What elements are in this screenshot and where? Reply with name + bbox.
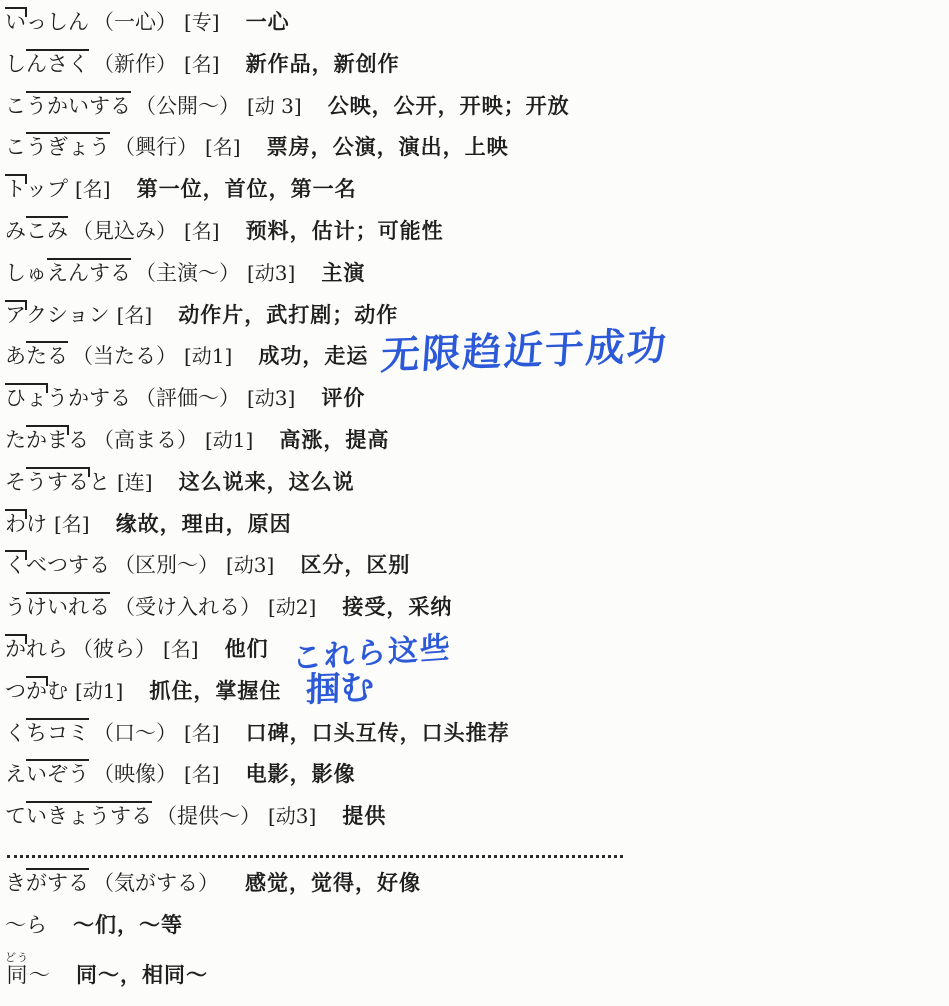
kana-segment: うする: [26, 467, 89, 496]
kana-segment: か: [5, 634, 26, 663]
vocab-entry: くちコミ（口～）[名]口碑，口头互传，口头推荐: [5, 717, 949, 759]
kana-segment: がする: [26, 868, 89, 897]
pos-tag: [名]: [205, 131, 241, 160]
kana-segment: べつする: [26, 550, 110, 579]
kanji-notation: （口～）: [93, 717, 177, 747]
kanji-notation: （区別～）: [114, 549, 219, 579]
meaning-text: 同～，相同～: [76, 959, 208, 989]
kana-segment: いきょうする: [26, 801, 152, 830]
handwritten-annotation-tsukamu-kanji: 掴む: [306, 660, 375, 711]
headword: そうすると: [5, 467, 110, 496]
kanji-notation: （提供～）: [156, 800, 261, 830]
kana-segment: うかする: [47, 383, 131, 412]
kanji-notation: （高まる）: [93, 424, 198, 454]
kana-segment: え: [5, 759, 26, 788]
scanned-vocab-page: いっしん（一心）[专]一心しんさく（新作）[名]新作品，新创作こうかいする（公開…: [0, 0, 949, 1006]
headword: つかむ: [5, 676, 68, 705]
kana-segment: っしん: [26, 7, 89, 36]
vocab-entry: 同どう～同～，相同～: [5, 951, 949, 993]
kana-segment: んさく: [26, 49, 89, 78]
vocab-entry: こうかいする（公開～）[动 3]公映，公开，开映；开放: [5, 90, 949, 132]
kana-segment: かま: [26, 425, 68, 454]
pos-tag: [名]: [184, 758, 220, 787]
meaning-text: 这么说来，这么说: [179, 466, 355, 496]
meaning-text: 票房，公演，演出，上映: [267, 131, 509, 161]
kana-segment: うぎょう: [26, 132, 110, 161]
headword: えいぞう: [5, 759, 89, 788]
pos-tag: [名]: [117, 299, 153, 328]
pos-tag: [动 3]: [247, 90, 302, 119]
vocab-entry: くべつする（区別～）[动3]区分，区别: [5, 549, 949, 591]
headword: かれら: [5, 634, 68, 663]
headword: くべつする: [5, 550, 110, 579]
headword-ruby: 同どう: [5, 963, 29, 987]
meaning-text: 接受，采纳: [342, 591, 452, 621]
headword: きがする: [5, 868, 89, 897]
meaning-text: 高涨，提高: [279, 424, 389, 454]
pos-tag: [专]: [184, 6, 220, 35]
pos-tag: [动3]: [247, 257, 295, 286]
headword: しゅえんする: [5, 258, 131, 287]
meaning-text: 公映，公开，开映；开放: [328, 90, 570, 120]
supplementary-list: きがする（気がする）感觉，觉得，好像～ら～们，～等同どう～同～，相同～: [5, 867, 949, 992]
kana-segment: て: [5, 801, 26, 830]
kana-segment: く: [5, 718, 26, 747]
kana-segment: しゅ: [5, 258, 47, 287]
kana-segment: し: [5, 49, 26, 78]
vocab-entry: しゅえんする（主演～）[动3]主演: [5, 257, 949, 299]
kanji-notation: （公開～）: [135, 90, 240, 120]
kana-segment: こみ: [26, 216, 68, 245]
kanji-notation: （気がする）: [93, 867, 219, 897]
pos-tag: [动1]: [184, 340, 232, 369]
kana-segment: ア: [5, 300, 26, 329]
kana-segment: と: [89, 467, 110, 496]
meaning-text: 缘故，理由，原因: [116, 508, 292, 538]
vocab-entry: つかむ[动1]抓住，掌握住: [5, 675, 949, 717]
headword: こうぎょう: [5, 132, 110, 161]
kana-segment: ト: [5, 174, 26, 203]
kanji-notation: （興行）: [114, 131, 198, 161]
headword: たかまる: [5, 425, 89, 454]
kana-segment: あ: [5, 341, 26, 370]
dotted-separator: [7, 855, 623, 858]
meaning-text: 口碑，口头互传，口头推荐: [246, 717, 510, 747]
kana-segment: く: [5, 550, 26, 579]
kana-segment: ～: [29, 960, 50, 989]
kanji-notation: （彼ら）: [72, 633, 156, 663]
vocab-entry: たかまる（高まる）[动1]高涨，提高: [5, 424, 949, 466]
kana-segment: こ: [5, 132, 26, 161]
kana-segment: ップ: [26, 174, 68, 203]
headword: みこみ: [5, 216, 68, 245]
pos-tag: [动1]: [75, 675, 123, 704]
vocab-entry: ひょうかする（評価～）[动3]评价: [5, 382, 949, 424]
vocab-entry: きがする（気がする）感觉，觉得，好像: [5, 867, 949, 909]
kanji-notation: （見込み）: [72, 215, 177, 245]
pos-tag: [名]: [163, 633, 199, 662]
headword: こうかいする: [5, 91, 131, 120]
pos-tag: [动3]: [247, 382, 295, 411]
headword: いっしん: [5, 7, 89, 36]
headword: アクション: [5, 300, 110, 329]
kanji-notation: （受け入れる）: [114, 591, 261, 621]
kana-segment: け: [26, 509, 47, 538]
meaning-text: 动作片，武打剧；动作: [178, 299, 398, 329]
meaning-text: 新作品，新创作: [246, 48, 400, 78]
meaning-text: 他们: [225, 633, 269, 663]
kana-segment: こ: [5, 91, 26, 120]
kana-segment: つ: [5, 676, 26, 705]
pos-tag: [动1]: [205, 424, 253, 453]
pos-tag: [动3]: [226, 549, 274, 578]
kana-segment: れら: [26, 634, 68, 663]
kanji-notation: （一心）: [93, 6, 177, 36]
headword: しんさく: [5, 49, 89, 78]
vocab-entry: トップ[名]第一位，首位，第一名: [5, 173, 949, 215]
headword: トップ: [5, 174, 68, 203]
vocab-entry: しんさく（新作）[名]新作品，新创作: [5, 48, 949, 90]
vocab-entry: みこみ（見込み）[名]预料，估计；可能性: [5, 215, 949, 257]
vocab-entry: かれら（彼ら）[名]他们: [5, 633, 949, 675]
headword: ～ら: [5, 910, 47, 939]
kana-segment: る: [68, 425, 89, 454]
kana-segment: き: [5, 868, 26, 897]
vocab-entry: わけ[名]缘故，理由，原因: [5, 508, 949, 550]
meaning-text: 区分，区别: [300, 549, 410, 579]
kana-segment: み: [5, 216, 26, 245]
pos-tag: [动3]: [268, 800, 316, 829]
kana-segment: ～ら: [5, 910, 47, 939]
headword: ていきょうする: [5, 801, 152, 830]
pos-tag: [名]: [75, 173, 111, 202]
vocab-entry: いっしん（一心）[专]一心: [5, 6, 949, 48]
vocab-entry: えいぞう（映像）[名]电影，影像: [5, 758, 949, 800]
headword: ひょうかする: [5, 383, 131, 412]
kana-segment: う: [5, 592, 26, 621]
kana-segment: クション: [26, 300, 110, 329]
kana-segment: む: [47, 676, 68, 705]
pos-tag: [动2]: [268, 591, 316, 620]
vocab-entry: ていきょうする（提供～）[动3]提供: [5, 800, 949, 842]
kana-segment: い: [5, 7, 26, 36]
pos-tag: [连]: [117, 466, 153, 495]
vocab-entry: うけいれる（受け入れる）[动2]接受，采纳: [5, 591, 949, 633]
vocab-entry: こうぎょう（興行）[名]票房，公演，演出，上映: [5, 131, 949, 173]
meaning-text: 抓住，掌握住: [149, 675, 281, 705]
kana-segment: うかいする: [26, 91, 131, 120]
kana-segment: ちコミ: [26, 718, 89, 747]
kana-segment: そ: [5, 467, 26, 496]
meaning-text: 感觉，觉得，好像: [245, 867, 421, 897]
pos-tag: [名]: [184, 215, 220, 244]
headword: あたる: [5, 341, 68, 370]
kanji-notation: （新作）: [93, 48, 177, 78]
kana-segment: けいれる: [26, 592, 110, 621]
kana-segment: か: [26, 676, 47, 705]
meaning-text: 预料，估计；可能性: [246, 215, 444, 245]
pos-tag: [名]: [54, 508, 90, 537]
meaning-text: 评价: [321, 382, 365, 412]
kanji-notation: （評価～）: [135, 382, 240, 412]
kana-segment: わ: [5, 509, 26, 538]
headword: わけ: [5, 509, 47, 538]
meaning-text: ～们，～等: [73, 909, 183, 939]
kana-segment: た: [5, 425, 26, 454]
kanji-notation: （映像）: [93, 758, 177, 788]
vocab-entry: そうすると[连]这么说来，这么说: [5, 466, 949, 508]
meaning-text: 主演: [321, 257, 365, 287]
meaning-text: 电影，影像: [246, 758, 356, 788]
kana-segment: たる: [26, 341, 68, 370]
headword: くちコミ: [5, 718, 89, 747]
pos-tag: [名]: [184, 48, 220, 77]
meaning-text: 提供: [342, 800, 386, 830]
meaning-text: 第一位，首位，第一名: [137, 173, 357, 203]
meaning-text: 成功，走运: [258, 340, 368, 370]
kana-segment: ひょ: [5, 383, 47, 412]
headword: うけいれる: [5, 592, 110, 621]
pos-tag: [名]: [184, 717, 220, 746]
kanji-notation: （主演～）: [135, 257, 240, 287]
kana-segment: えんする: [47, 258, 131, 287]
vocab-list: いっしん（一心）[专]一心しんさく（新作）[名]新作品，新创作こうかいする（公開…: [5, 6, 949, 842]
kana-segment: いぞう: [26, 759, 89, 788]
meaning-text: 一心: [246, 6, 290, 36]
headword: 同どう～: [5, 951, 50, 989]
kanji-notation: （当たる）: [72, 340, 177, 370]
handwritten-annotation-success: 无限趋近于成功: [379, 315, 670, 381]
vocab-entry: ～ら～们，～等: [5, 909, 949, 951]
